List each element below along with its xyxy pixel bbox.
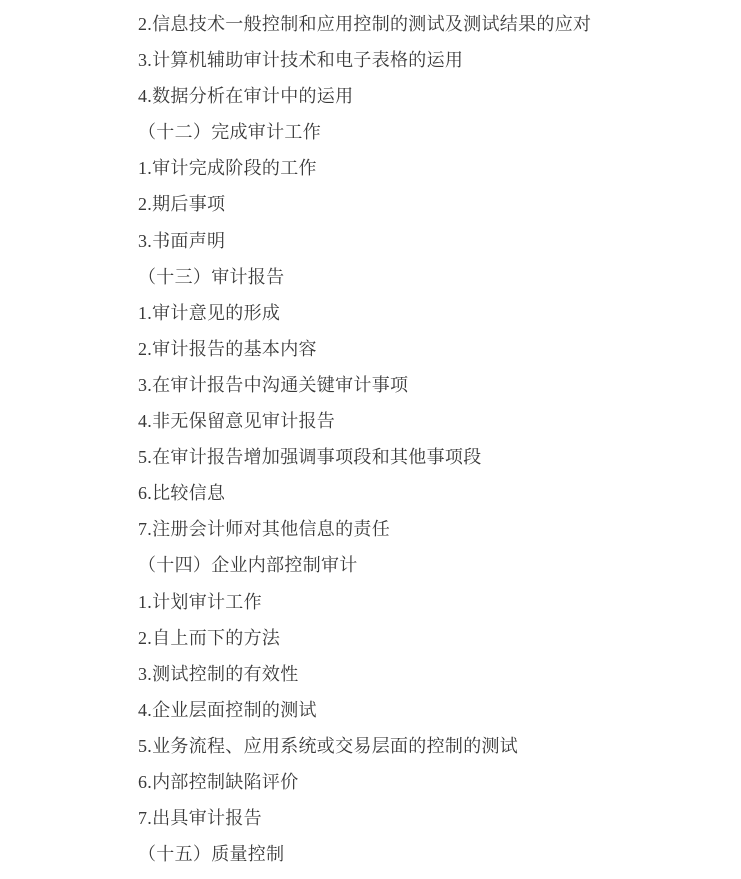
document-line-item: 6.比较信息 [138,475,701,511]
document-line-item: 7.注册会计师对其他信息的责任 [138,511,701,547]
document-line-section: （十四）企业内部控制审计 [138,547,701,583]
document-line-item: 6.内部控制缺陷评价 [138,764,701,800]
document-line-item: 2.信息技术一般控制和应用控制的测试及测试结果的应对 [138,6,701,42]
document-line-section: （十三）审计报告 [138,259,701,295]
document-line-section: （十二）完成审计工作 [138,114,701,150]
document-line-item: 4.数据分析在审计中的运用 [138,78,701,114]
document-page: 2.信息技术一般控制和应用控制的测试及测试结果的应对3.计算机辅助审计技术和电子… [0,0,741,879]
document-line-item: 3.计算机辅助审计技术和电子表格的运用 [138,42,701,78]
document-line-item: 3.在审计报告中沟通关键审计事项 [138,367,701,403]
document-line-item: 1.计划审计工作 [138,584,701,620]
document-line-item: 3.测试控制的有效性 [138,656,701,692]
document-line-section: （十五）质量控制 [138,836,701,872]
document-line-item: 7.出具审计报告 [138,800,701,836]
document-line-item: 1.审计完成阶段的工作 [138,150,701,186]
document-line-item: 5.在审计报告增加强调事项段和其他事项段 [138,439,701,475]
document-line-item: 2.期后事项 [138,186,701,222]
document-line-item: 2.审计报告的基本内容 [138,331,701,367]
document-line-item: 3.书面声明 [138,223,701,259]
document-line-item: 4.企业层面控制的测试 [138,692,701,728]
document-line-item: 5.业务流程、应用系统或交易层面的控制的测试 [138,728,701,764]
document-content: 2.信息技术一般控制和应用控制的测试及测试结果的应对3.计算机辅助审计技术和电子… [0,0,741,872]
document-line-item: 2.自上而下的方法 [138,620,701,656]
document-line-item: 1.审计意见的形成 [138,295,701,331]
document-line-item: 4.非无保留意见审计报告 [138,403,701,439]
